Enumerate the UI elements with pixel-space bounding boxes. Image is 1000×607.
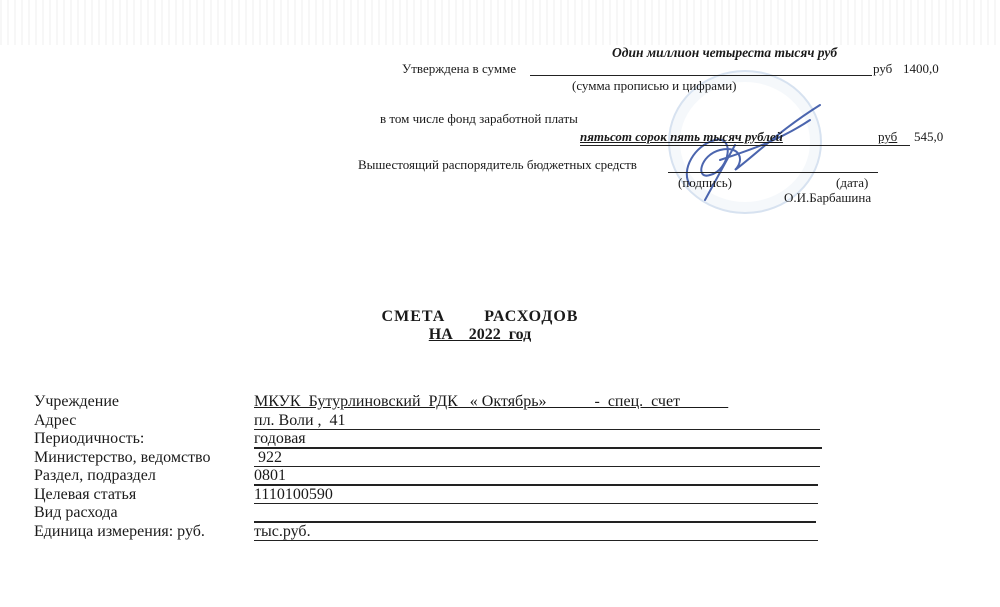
field-underline (254, 521, 816, 523)
field-underline (254, 429, 820, 431)
approved-sum-hint: (сумма прописью и цифрами) (572, 78, 737, 94)
field-label: Периодичность: (34, 430, 254, 448)
approved-sum-words: Один миллион четыреста тысяч руб (612, 45, 837, 61)
field-underline (254, 503, 818, 505)
field-value: 922 (254, 449, 282, 467)
approved-sum-line (530, 75, 872, 76)
date-hint: (дата) (836, 175, 868, 191)
field-value: 0801 (254, 467, 286, 485)
title-line1: СМЕТА РАСХОДОВ (0, 308, 1000, 326)
signature-line (668, 172, 878, 173)
field-label: Единица измерения: руб. (34, 523, 254, 541)
field-label: Вид расхода (34, 504, 254, 522)
manager-label: Вышестоящий распорядитель бюджетных сред… (358, 157, 637, 173)
field-underline (254, 466, 820, 468)
payroll-words: пятьсот сорок пять тысяч рублей (580, 129, 783, 145)
approved-label: Утверждена в сумме (402, 61, 516, 77)
field-value: 1110100590 (254, 486, 333, 504)
scan-noise (0, 0, 1000, 45)
title-line2: НА 2022 год (0, 326, 1000, 344)
field-value: тыс.руб. (254, 523, 311, 541)
payroll-line (580, 145, 910, 146)
field-underline (254, 447, 822, 449)
field-label: Адрес (34, 412, 254, 430)
approved-currency: руб (873, 61, 892, 77)
field-value: пл. Воли , 41 (254, 412, 346, 430)
field-value: годовая (254, 430, 306, 448)
field-underline (254, 484, 818, 486)
field-label: Целевая статья (34, 486, 254, 504)
signature-hint: (подпись) (678, 175, 732, 191)
payroll-label: в том числе фонд заработной платы (380, 111, 578, 127)
field-label: Раздел, подраздел (34, 467, 254, 485)
field-value: МКУК Бутурлиновский РДК « Октябрь» ___ -… (254, 393, 728, 411)
signer-name: О.И.Барбашина (784, 190, 871, 206)
document-title: СМЕТА РАСХОДОВ НА 2022 год (0, 308, 1000, 344)
field-label: Министерство, ведомство (34, 449, 254, 467)
field-label: Учреждение (34, 393, 254, 411)
field-underline (254, 540, 818, 542)
approved-sum-number: 1400,0 (903, 61, 939, 77)
payroll-number: 545,0 (914, 129, 943, 145)
payroll-currency: руб (878, 129, 897, 145)
